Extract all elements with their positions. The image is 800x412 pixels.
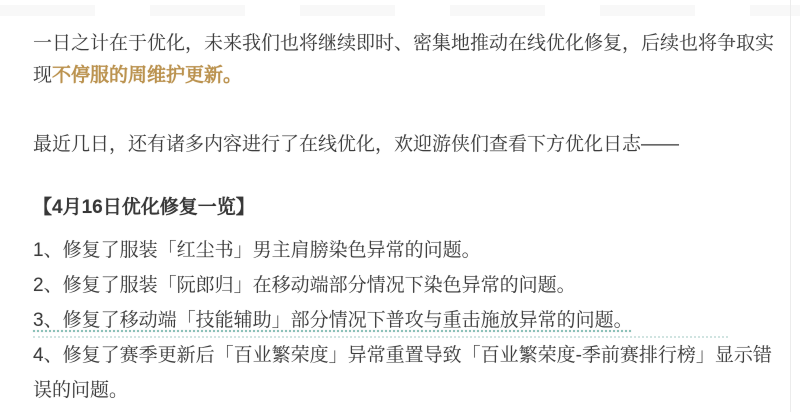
changelog-item-1: 1、修复了服装「红尘书」男主肩膀染色异常的问题。 (33, 233, 778, 268)
article-content: 一日之计在于优化，未来我们也将继续即时、密集地推动在线优化修复，后续也将争取实现… (33, 28, 778, 408)
changelog-item-4: 4、修复了赛季更新后「百业繁荣度」异常重置导致「百业繁荣度-季前赛排行榜」显示错… (33, 338, 778, 408)
right-edge-divider (790, 0, 791, 412)
changelog-item-3: 3、修复了移动端「技能辅助」部分情况下普攻与重击施放异常的问题。 (33, 303, 778, 338)
intro-highlight-text: 不停服的周维护更新。 (52, 65, 242, 86)
intro-paragraph: 一日之计在于优化，未来我们也将继续即时、密集地推动在线优化修复，后续也将争取实现… (33, 28, 778, 92)
changelog-item-2: 2、修复了服装「阮郎归」在移动端部分情况下染色异常的问题。 (33, 268, 778, 303)
article-page: 一日之计在于优化，未来我们也将继续即时、密集地推动在线优化修复，后续也将争取实现… (0, 0, 800, 412)
dotted-underline-artifact (33, 336, 728, 338)
changelog-heading: 【4月16日优化修复一览】 (33, 192, 778, 224)
recent-optimizations-paragraph: 最近几日，还有诸多内容进行了在线优化，欢迎游侠们查看下方优化日志—— (33, 129, 778, 161)
top-compression-artifact-band (0, 5, 800, 16)
